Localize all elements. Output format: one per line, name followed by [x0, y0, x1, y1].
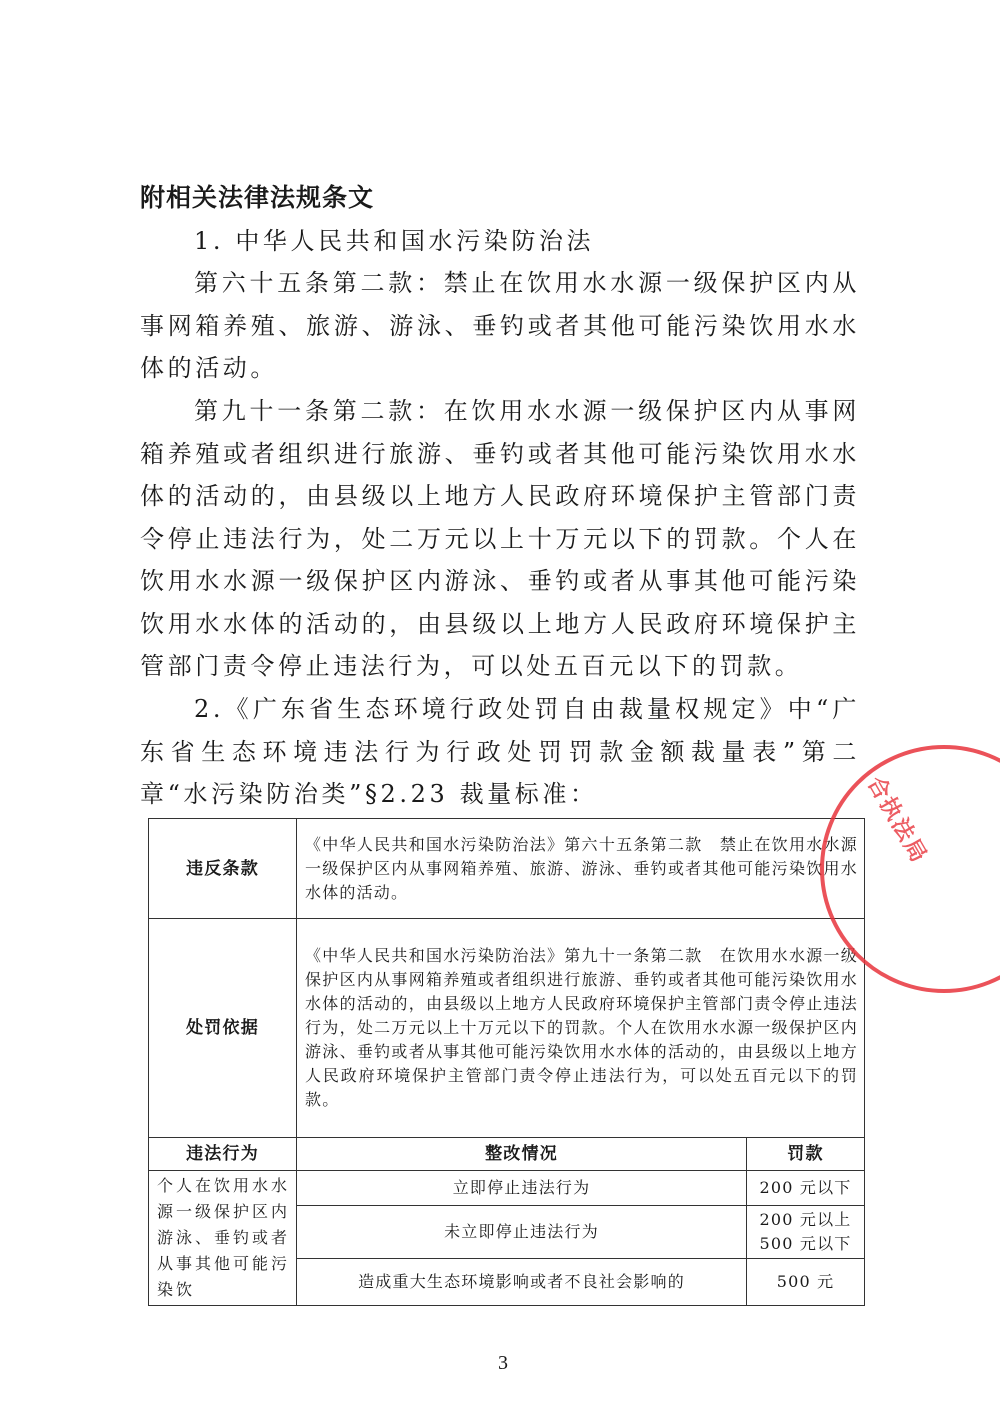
- fine-line: 200 元以上: [753, 1208, 858, 1232]
- article-91-paragraph: 第九十一条第二款：在饮用水水源一级保护区内从事网箱养殖或者组织进行旅游、垂钓或者…: [140, 390, 860, 688]
- penalty-basis-text: 《中华人民共和国水污染防治法》第九十一条第二款 在饮用水水源一级保护区内从事网箱…: [297, 919, 865, 1138]
- table-row-violated-clause: 违反条款 《中华人民共和国水污染防治法》第六十五条第二款 禁止在饮用水水源一级保…: [149, 819, 865, 919]
- table-header-row: 违法行为 整改情况 罚款: [149, 1138, 865, 1171]
- page-number: 3: [498, 1352, 508, 1375]
- document-page: 附相关法律法规条文 1. 中华人民共和国水污染防治法 第六十五条第二款：禁止在饮…: [0, 0, 1000, 1414]
- header-violation: 违法行为: [149, 1138, 297, 1171]
- rectification-cell: 未立即停止违法行为: [297, 1206, 747, 1259]
- discretion-standard-paragraph: 2.《广东省生态环境行政处罚自由裁量权规定》中“广东省生态环境违法行为行政处罚罚…: [140, 688, 860, 816]
- fine-cell: 200 元以上 500 元以下: [747, 1206, 865, 1259]
- fine-cell: 200 元以下: [747, 1171, 865, 1206]
- discretion-table: 违反条款 《中华人民共和国水污染防治法》第六十五条第二款 禁止在饮用水水源一级保…: [148, 818, 865, 1306]
- law-title-paragraph: 1. 中华人民共和国水污染防治法: [140, 220, 860, 263]
- penalty-basis-label: 处罚依据: [149, 919, 297, 1138]
- table-row-penalty-basis: 处罚依据 《中华人民共和国水污染防治法》第九十一条第二款 在饮用水水源一级保护区…: [149, 919, 865, 1138]
- article-65-paragraph: 第六十五条第二款：禁止在饮用水水源一级保护区内从事网箱养殖、旅游、游泳、垂钓或者…: [140, 262, 860, 390]
- table-row: 个人在饮用水水源一级保护区内游泳、垂钓或者从事其他可能污染饮 立即停止违法行为 …: [149, 1171, 865, 1206]
- fine-line: 500 元以下: [753, 1232, 858, 1256]
- fine-cell: 500 元: [747, 1259, 865, 1306]
- rectification-cell: 造成重大生态环境影响或者不良社会影响的: [297, 1259, 747, 1306]
- section-heading: 附相关法律法规条文: [140, 178, 374, 214]
- violated-clause-text: 《中华人民共和国水污染防治法》第六十五条第二款 禁止在饮用水水源一级保护区内从事…: [297, 819, 865, 919]
- rectification-cell: 立即停止违法行为: [297, 1171, 747, 1206]
- header-fine: 罚款: [747, 1138, 865, 1171]
- violated-clause-label: 违反条款: [149, 819, 297, 919]
- violation-description: 个人在饮用水水源一级保护区内游泳、垂钓或者从事其他可能污染饮: [149, 1171, 297, 1306]
- header-rectification: 整改情况: [297, 1138, 747, 1171]
